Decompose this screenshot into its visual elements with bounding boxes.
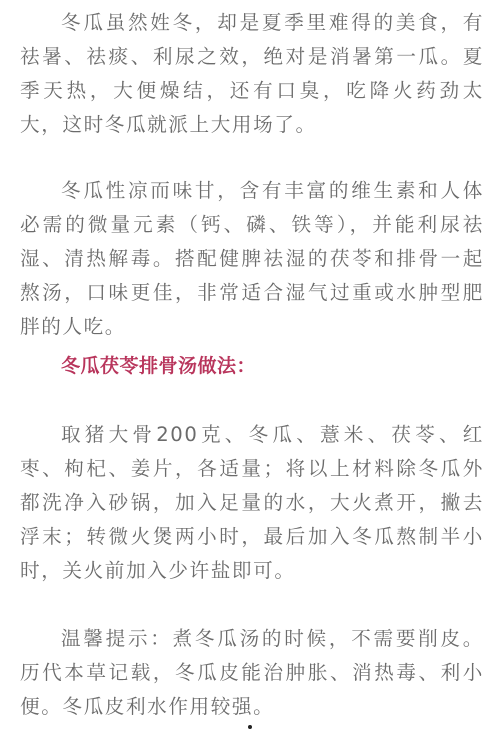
recipe-heading: 冬瓜茯苓排骨汤做法：: [61, 352, 256, 380]
tip-paragraph: 温馨提示：煮冬瓜汤的时候，不需要削皮。历代本草记载，冬瓜皮能治肿胀、消热毒、利小…: [20, 622, 484, 724]
page-indicator-dot: [248, 725, 252, 729]
recipe-steps-paragraph: 取猪大骨200克、冬瓜、薏米、茯苓、红枣、枸杞、姜片，各适量；将以上材料除冬瓜外…: [20, 418, 484, 588]
intro-paragraph: 冬瓜虽然姓冬，却是夏季里难得的美食，有祛暑、祛痰、利尿之效，绝对是消暑第一瓜。夏…: [20, 6, 484, 142]
nutrition-paragraph: 冬瓜性凉而味甘，含有丰富的维生素和人体必需的微量元素（钙、磷、铁等），并能利尿祛…: [20, 174, 484, 344]
